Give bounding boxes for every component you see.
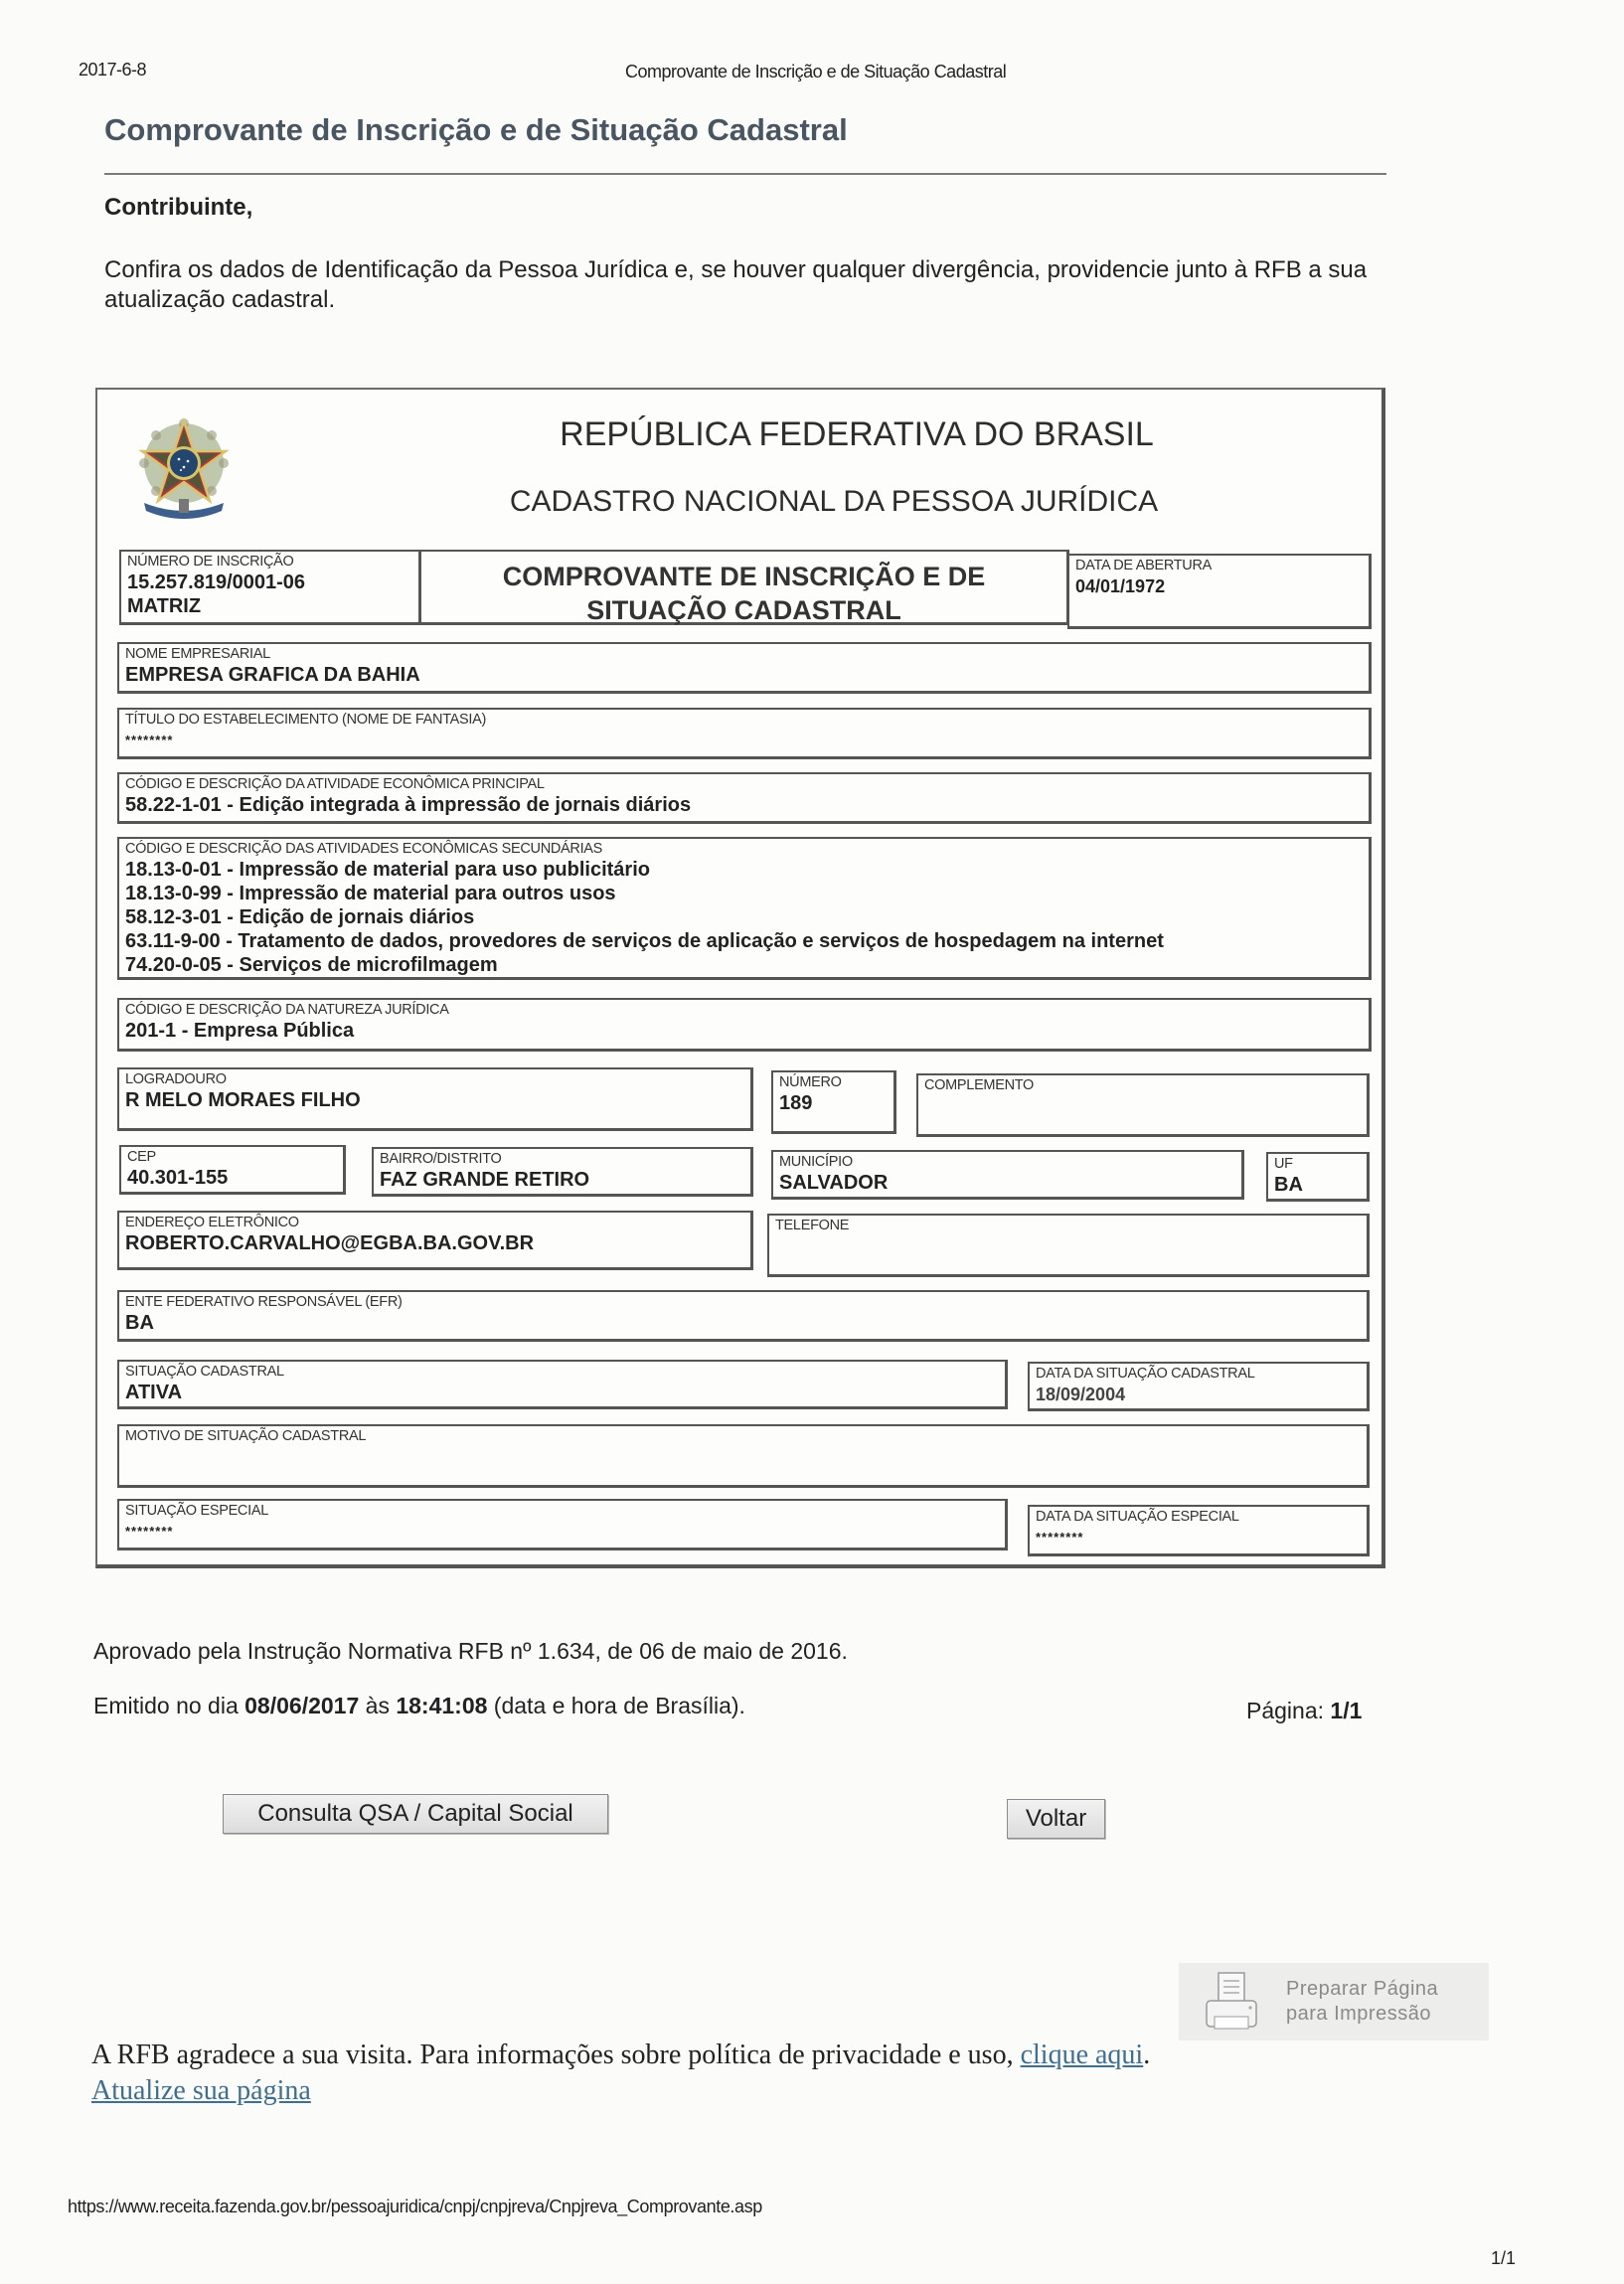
intro-text: Confira os dados de Identificação da Pes… xyxy=(104,255,1396,315)
document-title-line2: SITUAÇÃO CADASTRAL xyxy=(427,593,1060,627)
field-titulo-estabelecimento: TÍTULO DO ESTABELECIMENTO (NOME DE FANTA… xyxy=(117,708,1372,759)
field-label: COMPLEMENTO xyxy=(924,1077,1361,1094)
issued-suffix: (data e hora de Brasília). xyxy=(487,1693,745,1718)
thanks-end: . xyxy=(1143,2039,1150,2070)
data-abertura-value: 04/01/1972 xyxy=(1075,574,1363,598)
print-date: 2017-6-8 xyxy=(79,60,146,81)
field-data-situacao-especial: DATA DA SITUAÇÃO ESPECIAL ******** xyxy=(1028,1505,1370,1556)
numero-value: 189 xyxy=(779,1091,888,1115)
field-label: SITUAÇÃO ESPECIAL xyxy=(125,1503,999,1520)
municipio-value: SALVADOR xyxy=(779,1171,1235,1195)
field-label: MOTIVO DE SITUAÇÃO CADASTRAL xyxy=(125,1428,1361,1445)
field-label: TÍTULO DO ESTABELECIMENTO (NOME DE FANTA… xyxy=(125,712,1363,729)
atividade-secundaria-item: 58.12-3-01 - Edição de jornais diários xyxy=(125,905,1363,929)
nome-empresarial-value: EMPRESA GRAFICA DA BAHIA xyxy=(125,663,1363,687)
atividade-secundaria-item: 63.11-9-00 - Tratamento de dados, proved… xyxy=(125,929,1363,953)
field-label: ENDEREÇO ELETRÔNICO xyxy=(125,1215,744,1231)
field-label: NÚMERO DE INSCRIÇÃO xyxy=(127,554,412,571)
field-label: UF xyxy=(1274,1156,1361,1173)
data-situacao-especial-value: ******** xyxy=(1036,1526,1361,1550)
field-label: DATA DA SITUAÇÃO CADASTRAL xyxy=(1036,1366,1361,1383)
printer-icon xyxy=(1203,1971,1262,2033)
print-label-line1: Preparar Página xyxy=(1286,1977,1438,2002)
field-situacao-cadastral: SITUAÇÃO CADASTRAL ATIVA xyxy=(117,1360,1008,1409)
field-label: CÓDIGO E DESCRIÇÃO DA ATIVIDADE ECONÔMIC… xyxy=(125,776,1363,793)
field-email: ENDEREÇO ELETRÔNICO ROBERTO.CARVALHO@EGB… xyxy=(117,1211,753,1270)
titulo-estabelecimento-value: ******** xyxy=(125,729,1363,752)
field-label: LOGRADOURO xyxy=(125,1071,744,1088)
print-label-line2: para Impressão xyxy=(1286,2002,1438,2027)
situacao-cadastral-value: ATIVA xyxy=(125,1381,999,1404)
page-label: Página: xyxy=(1246,1698,1330,1723)
thanks-body: A RFB agradece a sua visita. Para inform… xyxy=(91,2039,1021,2070)
field-numero: NÚMERO 189 xyxy=(771,1070,896,1134)
document-title-line1: COMPROVANTE DE INSCRIÇÃO E DE xyxy=(427,554,1060,593)
page-value: 1/1 xyxy=(1330,1698,1362,1723)
issued-prefix: Emitido no dia xyxy=(93,1693,244,1718)
field-label: MUNICÍPIO xyxy=(779,1154,1235,1171)
field-atividades-secundarias: CÓDIGO E DESCRIÇÃO DAS ATIVIDADES ECONÔM… xyxy=(117,837,1372,980)
field-label: TELEFONE xyxy=(775,1218,1361,1234)
approval-text: Aprovado pela Instrução Normativa RFB nº… xyxy=(93,1638,848,1665)
field-label: NÚMERO xyxy=(779,1074,888,1091)
greeting: Contribuinte, xyxy=(104,194,252,222)
uf-value: BA xyxy=(1274,1173,1361,1197)
field-motivo-situacao: MOTIVO DE SITUAÇÃO CADASTRAL xyxy=(117,1424,1370,1488)
privacy-link[interactable]: clique aqui xyxy=(1021,2039,1144,2070)
atividade-secundaria-item: 74.20-0-05 - Serviços de microfilmagem xyxy=(125,953,1363,977)
field-label: DATA DA SITUAÇÃO ESPECIAL xyxy=(1036,1509,1361,1526)
thanks-text: A RFB agradece a sua visita. Para inform… xyxy=(91,2039,1150,2071)
field-nome-empresarial: NOME EMPRESARIAL EMPRESA GRAFICA DA BAHI… xyxy=(117,642,1372,694)
situacao-especial-value: ******** xyxy=(125,1520,999,1544)
field-municipio: MUNICÍPIO SALVADOR xyxy=(771,1150,1244,1200)
issued-mid: às xyxy=(359,1693,396,1718)
field-label: NOME EMPRESARIAL xyxy=(125,646,1363,663)
field-situacao-especial: SITUAÇÃO ESPECIAL ******** xyxy=(117,1499,1008,1550)
document-title-box: COMPROVANTE DE INSCRIÇÃO E DE SITUAÇÃO C… xyxy=(419,550,1069,625)
field-label: SITUAÇÃO CADASTRAL xyxy=(125,1364,999,1381)
print-url: https://www.receita.fazenda.gov.br/pesso… xyxy=(68,2197,762,2217)
field-uf: UF BA xyxy=(1266,1152,1370,1202)
voltar-button[interactable]: Voltar xyxy=(1007,1799,1105,1839)
field-natureza-juridica: CÓDIGO E DESCRIÇÃO DA NATUREZA JURÍDICA … xyxy=(117,998,1372,1052)
print-page-label: Preparar Página para Impressão xyxy=(1286,1977,1438,2027)
atividade-secundaria-item: 18.13-0-01 - Impressão de material para … xyxy=(125,858,1363,882)
atividade-secundaria-item: 18.13-0-99 - Impressão de material para … xyxy=(125,882,1363,905)
field-cep: CEP 40.301-155 xyxy=(119,1145,346,1195)
field-data-situacao-cadastral: DATA DA SITUAÇÃO CADASTRAL 18/09/2004 xyxy=(1028,1362,1370,1411)
field-label: ENTE FEDERATIVO RESPONSÁVEL (EFR) xyxy=(125,1294,1361,1311)
data-situacao-cadastral-value: 18/09/2004 xyxy=(1036,1383,1361,1406)
print-page-count: 1/1 xyxy=(1491,2248,1516,2269)
bairro-value: FAZ GRANDE RETIRO xyxy=(380,1168,744,1192)
issued-time: 18:41:08 xyxy=(396,1693,487,1718)
field-telefone: TELEFONE xyxy=(767,1214,1370,1277)
email-value: ROBERTO.CARVALHO@EGBA.BA.GOV.BR xyxy=(125,1231,744,1255)
title-divider xyxy=(104,173,1386,175)
atividade-principal-value: 58.22-1-01 - Edição integrada à impressã… xyxy=(125,793,1363,817)
field-label: BAIRRO/DISTRITO xyxy=(380,1151,744,1168)
field-label: CÓDIGO E DESCRIÇÃO DAS ATIVIDADES ECONÔM… xyxy=(125,841,1363,858)
field-label: CEP xyxy=(127,1149,337,1166)
logradouro-value: R MELO MORAES FILHO xyxy=(125,1088,744,1112)
field-numero-inscricao: NÚMERO DE INSCRIÇÃO 15.257.819/0001-06 M… xyxy=(119,550,421,625)
matriz-value: MATRIZ xyxy=(127,594,412,618)
field-complemento: COMPLEMENTO xyxy=(916,1073,1370,1137)
field-label: DATA DE ABERTURA xyxy=(1075,558,1363,574)
field-label: CÓDIGO E DESCRIÇÃO DA NATUREZA JURÍDICA xyxy=(125,1002,1363,1019)
consulta-qsa-button[interactable]: Consulta QSA / Capital Social xyxy=(223,1794,608,1834)
print-page-button[interactable]: Preparar Página para Impressão xyxy=(1179,1963,1489,2040)
natureza-juridica-value: 201-1 - Empresa Pública xyxy=(125,1019,1363,1043)
field-data-abertura: DATA DE ABERTURA 04/01/1972 xyxy=(1067,554,1372,629)
field-atividade-principal: CÓDIGO E DESCRIÇÃO DA ATIVIDADE ECONÔMIC… xyxy=(117,772,1372,824)
heading-republica: REPÚBLICA FEDERATIVA DO BRASIL xyxy=(0,415,1624,454)
field-efr: ENTE FEDERATIVO RESPONSÁVEL (EFR) BA xyxy=(117,1290,1370,1342)
heading-cadastro: CADASTRO NACIONAL DA PESSOA JURÍDICA xyxy=(0,485,1624,519)
cep-value: 40.301-155 xyxy=(127,1166,337,1190)
field-bairro: BAIRRO/DISTRITO FAZ GRANDE RETIRO xyxy=(372,1147,753,1197)
issued-text: Emitido no dia 08/06/2017 às 18:41:08 (d… xyxy=(93,1693,745,1719)
refresh-page-link[interactable]: Atualize sua página xyxy=(91,2075,311,2107)
print-header-title: Comprovante de Inscrição e de Situação C… xyxy=(625,62,1006,82)
efr-value: BA xyxy=(125,1311,1361,1335)
page-title: Comprovante de Inscrição e de Situação C… xyxy=(104,112,848,148)
field-logradouro: LOGRADOURO R MELO MORAES FILHO xyxy=(117,1067,753,1131)
cnpj-value: 15.257.819/0001-06 xyxy=(127,571,412,594)
page-indicator: Página: 1/1 xyxy=(1246,1698,1362,1724)
issued-date: 08/06/2017 xyxy=(244,1693,359,1718)
